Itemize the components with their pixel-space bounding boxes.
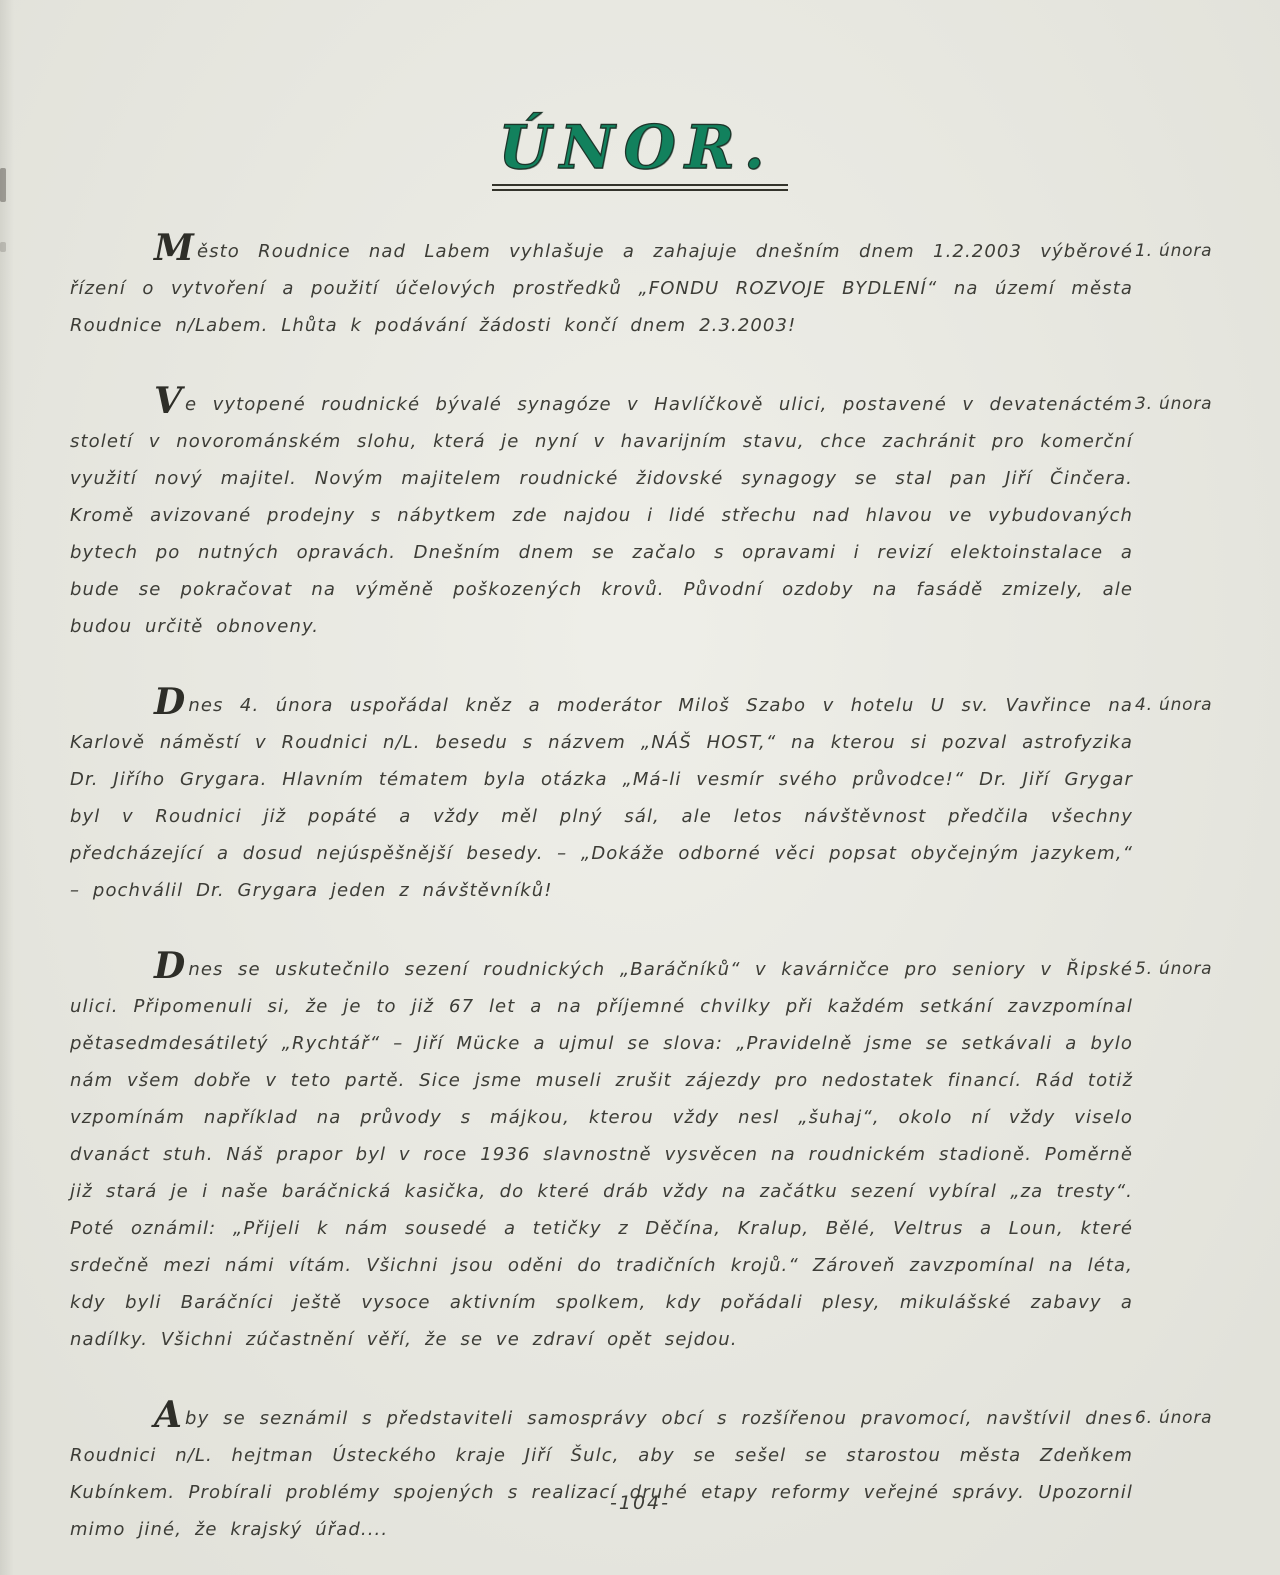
entry-initial: A <box>154 1394 183 1436</box>
entry-date-label: 3. února <box>1135 386 1221 423</box>
entry-date-label: 4. února <box>1135 687 1221 724</box>
entry-body: e vytopené roudnické bývalé synagóze v H… <box>70 394 1133 637</box>
chronicle-page: { "page": { "title": "ÚNOR.", "page_numb… <box>0 0 1280 1575</box>
entry-text: Ve vytopené roudnické bývalé synagóze v … <box>70 386 1133 645</box>
page-title: ÚNOR. <box>492 118 787 191</box>
chronicle-entries: Město Roudnice nad Labem vyhlašuje a zah… <box>70 233 1215 1548</box>
entry-date-label: 6. února <box>1135 1400 1221 1437</box>
chronicle-entry: Město Roudnice nad Labem vyhlašuje a zah… <box>70 233 1215 344</box>
entry-initial: D <box>154 945 186 987</box>
entry-body: ěsto Roudnice nad Labem vyhlašuje a zaha… <box>70 241 1133 336</box>
chronicle-entry: Aby se seznámil s představiteli samosprá… <box>70 1400 1215 1548</box>
scan-edge-smudge <box>0 168 6 202</box>
entry-text: Dnes se uskutečnilo sezení roudnických „… <box>70 951 1133 1358</box>
entry-date-label: 5. února <box>1135 951 1221 988</box>
entry-initial: V <box>154 380 183 422</box>
entry-text: Dnes 4. února uspořádal kněz a moderátor… <box>70 687 1133 909</box>
entry-text: Město Roudnice nad Labem vyhlašuje a zah… <box>70 233 1133 344</box>
entry-initial: D <box>154 681 186 723</box>
scan-edge-smudge <box>0 242 6 252</box>
page-header: ÚNOR. <box>0 0 1280 191</box>
entry-initial: M <box>154 227 195 269</box>
chronicle-entry: Dnes 4. února uspořádal kněz a moderátor… <box>70 687 1215 909</box>
entry-date-label: 1. února <box>1135 233 1221 270</box>
page-number: -104- <box>0 1492 1280 1514</box>
chronicle-entry: Ve vytopené roudnické bývalé synagóze v … <box>70 386 1215 645</box>
chronicle-entry: Dnes se uskutečnilo sezení roudnických „… <box>70 951 1215 1358</box>
entry-body: nes se uskutečnilo sezení roudnických „B… <box>70 959 1133 1350</box>
entry-body: by se seznámil s představiteli samospráv… <box>70 1408 1133 1540</box>
entry-text: Aby se seznámil s představiteli samosprá… <box>70 1400 1133 1548</box>
entry-body: nes 4. února uspořádal kněz a moderátor … <box>70 695 1133 901</box>
